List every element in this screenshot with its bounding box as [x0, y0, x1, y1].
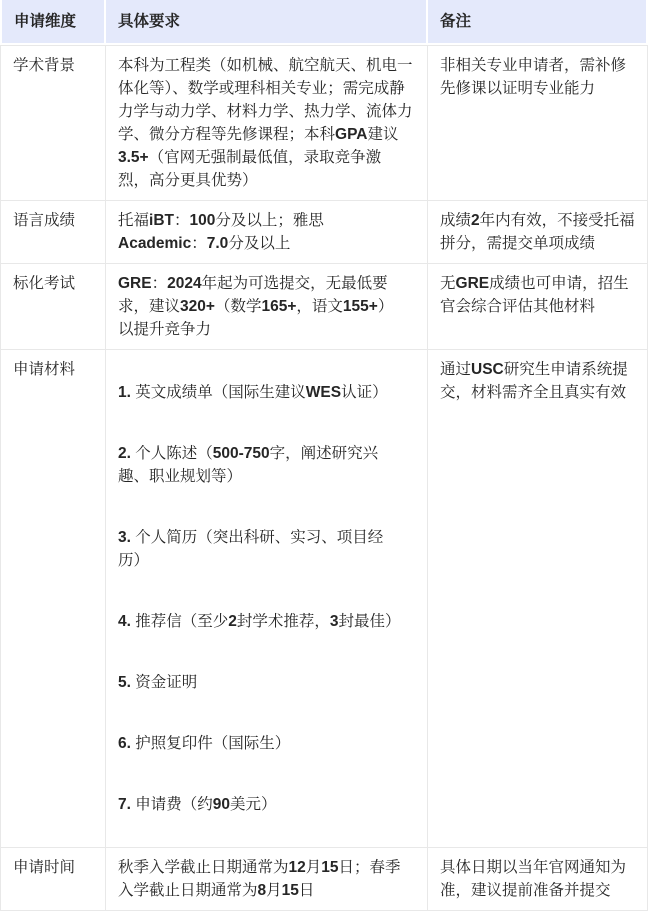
cell-dimension: 语言成绩	[0, 201, 106, 264]
requirements-page: 申请维度 具体要求 备注 学术背景 本科为工程类（如机械、航空航天、机电一 体化…	[0, 0, 648, 911]
cell-dimension: 标化考试	[0, 264, 106, 350]
material-item-1: 1. 英文成绩单（国际生建议WES认证）	[118, 381, 419, 404]
cell-requirements: 1. 英文成绩单（国际生建议WES认证） 2. 个人陈述（500-750字，阐述…	[106, 350, 428, 848]
cell-notes: 成绩2年内有效，不接受托福 拼分，需提交单项成绩	[428, 201, 648, 264]
cell-notes: 非相关专业申请者，需补修 先修课以证明专业能力	[428, 45, 648, 201]
table-header-row: 申请维度 具体要求 备注	[0, 0, 648, 45]
usc-application-requirements-table: 申请维度 具体要求 备注 学术背景 本科为工程类（如机械、航空航天、机电一 体化…	[0, 0, 648, 911]
row-language-scores: 语言成绩 托福iBT：100分及以上；雅思 Academic：7.0分及以上 成…	[0, 201, 648, 264]
cell-requirements: 本科为工程类（如机械、航空航天、机电一 体化等）、数学或理科相关专业；需完成静 …	[106, 45, 428, 201]
material-item-3: 3. 个人简历（突出科研、实习、项目经 历）	[118, 526, 419, 572]
cell-requirements: 托福iBT：100分及以上；雅思 Academic：7.0分及以上	[106, 201, 428, 264]
cell-dimension: 申请材料	[0, 350, 106, 848]
row-application-materials: 申请材料 1. 英文成绩单（国际生建议WES认证） 2. 个人陈述（500-75…	[0, 350, 648, 848]
cell-dimension: 学术背景	[0, 45, 106, 201]
cell-notes: 无GRE成绩也可申请，招生 官会综合评估其他材料	[428, 264, 648, 350]
row-standardized-tests: 标化考试 GRE：2024年起为可选提交，无最低要 求，建议320+（数学165…	[0, 264, 648, 350]
cell-notes: 具体日期以当年官网通知为 准，建议提前准备并提交	[428, 848, 648, 911]
material-item-6: 6. 护照复印件（国际生）	[118, 732, 419, 755]
material-item-5: 5. 资金证明	[118, 671, 419, 694]
column-header-notes: 备注	[428, 0, 648, 45]
cell-requirements: GRE：2024年起为可选提交，无最低要 求，建议320+（数学165+，语文1…	[106, 264, 428, 350]
column-header-requirements: 具体要求	[106, 0, 428, 45]
material-item-7: 7. 申请费（约90美元）	[118, 793, 419, 816]
row-application-timeline: 申请时间 秋季入学截止日期通常为12月15日；春季 入学截止日期通常为8月15日…	[0, 848, 648, 911]
material-item-4: 4. 推荐信（至少2封学术推荐，3封最佳）	[118, 610, 419, 633]
cell-notes: 通过USC研究生申请系统提 交，材料需齐全且真实有效	[428, 350, 648, 848]
cell-dimension: 申请时间	[0, 848, 106, 911]
material-item-2: 2. 个人陈述（500-750字，阐述研究兴 趣、职业规划等）	[118, 442, 419, 488]
column-header-dimension: 申请维度	[0, 0, 106, 45]
cell-requirements: 秋季入学截止日期通常为12月15日；春季 入学截止日期通常为8月15日	[106, 848, 428, 911]
row-academic-background: 学术背景 本科为工程类（如机械、航空航天、机电一 体化等）、数学或理科相关专业；…	[0, 45, 648, 201]
